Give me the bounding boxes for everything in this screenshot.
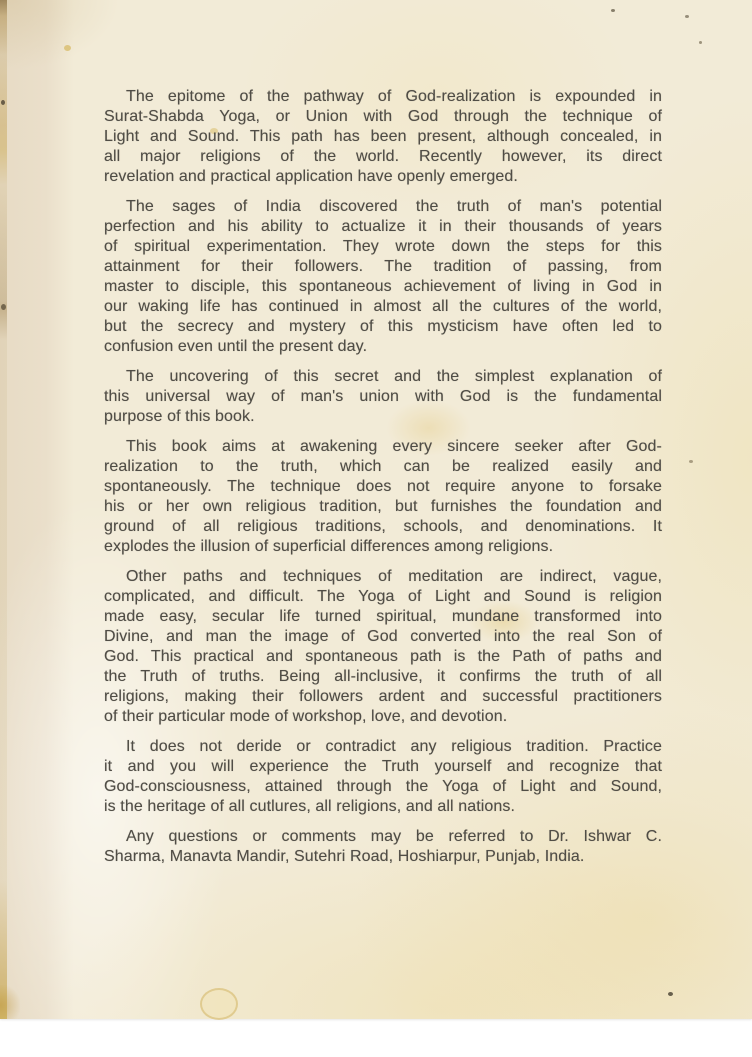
paragraph: Any questions or comments may be referre… (104, 827, 662, 867)
paragraph: It does not deride or contradict any rel… (104, 737, 662, 817)
text-line: realization to the truth, which can be r… (104, 457, 662, 477)
text-line: Sharma, Manavta Mandir, Sutehri Road, Ho… (104, 847, 662, 867)
paragraph: This book aims at awakening every sincer… (104, 437, 662, 557)
text-line: spontaneously. The technique does not re… (104, 477, 662, 497)
text-line: complicated, and difficult. The Yoga of … (104, 587, 662, 607)
text-line: ground of all religious traditions, scho… (104, 517, 662, 537)
text-line: Other paths and techniques of meditation… (104, 567, 662, 587)
text-line: made easy, secular life turned spiritual… (104, 607, 662, 627)
paragraph: The sages of India discovered the truth … (104, 197, 662, 357)
text-line: attainment for their followers. The trad… (104, 257, 662, 277)
text-line: God-consciousness, attained through the … (104, 777, 662, 797)
text-line: religions, making their followers ardent… (104, 687, 662, 707)
text-line: this universal way of man's union with G… (104, 387, 662, 407)
text-line: our waking life has continued in almost … (104, 297, 662, 317)
paragraph: The uncovering of this secret and the si… (104, 367, 662, 427)
text-line: it and you will experience the Truth you… (104, 757, 662, 777)
text-line: the Truth of truths. Being all-inclusive… (104, 667, 662, 687)
text-line: This book aims at awakening every sincer… (104, 437, 662, 457)
text-line: The sages of India discovered the truth … (104, 197, 662, 217)
text-line: explodes the illusion of superficial dif… (104, 537, 662, 557)
text-line: but the secrecy and mystery of this myst… (104, 317, 662, 337)
text-line: The epitome of the pathway of God-realiz… (104, 87, 662, 107)
text-line: The uncovering of this secret and the si… (104, 367, 662, 387)
text-line: of spiritual experimentation. They wrote… (104, 237, 662, 257)
text-line: his or her own religious tradition, but … (104, 497, 662, 517)
text-line: perfection and his ability to actualize … (104, 217, 662, 237)
text-line: is the heritage of all cutlures, all rel… (104, 797, 662, 817)
body-text: The epitome of the pathway of God-realiz… (104, 87, 662, 877)
paragraph: Other paths and techniques of meditation… (104, 567, 662, 727)
text-line: Divine, and man the image of God convert… (104, 627, 662, 647)
text-line: master to disciple, this spontaneous ach… (104, 277, 662, 297)
text-line: confusion even until the present day. (104, 337, 662, 357)
text-line: purpose of this book. (104, 407, 662, 427)
scan-left-edge-artifact (0, 0, 7, 1019)
text-line: revelation and practical application hav… (104, 167, 662, 187)
text-line: of their particular mode of workshop, lo… (104, 707, 662, 727)
text-line: Any questions or comments may be referre… (104, 827, 662, 847)
scanned-page: The epitome of the pathway of God-realiz… (0, 0, 752, 1057)
text-line: God. This practical and spontaneous path… (104, 647, 662, 667)
text-line: It does not deride or contradict any rel… (104, 737, 662, 757)
text-line: all major religions of the world. Recent… (104, 147, 662, 167)
text-line: Surat-Shabda Yoga, or Union with God thr… (104, 107, 662, 127)
paragraph: The epitome of the pathway of God-realiz… (104, 87, 662, 187)
text-line: Light and Sound. This path has been pres… (104, 127, 662, 147)
